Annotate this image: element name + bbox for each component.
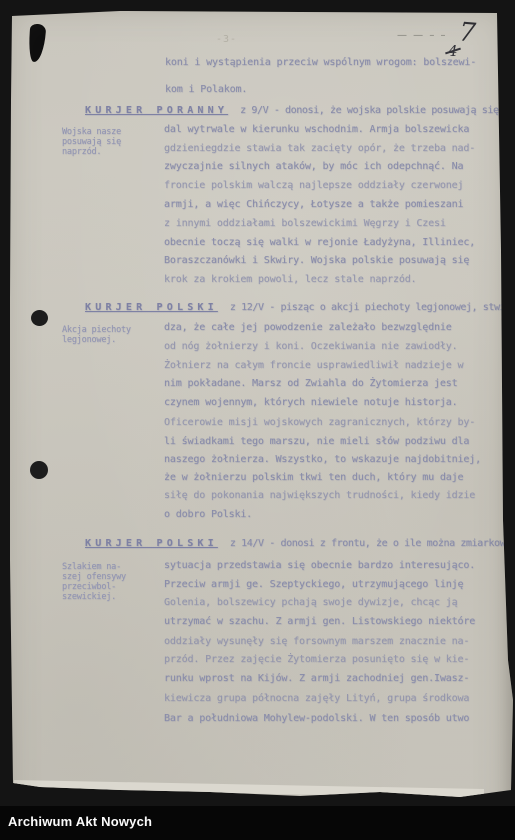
folio-dashes: — — – – bbox=[397, 30, 447, 41]
body-line: przód. Przez zajęcie Żytomierza posunięt… bbox=[164, 654, 469, 666]
body-line: froncie polskim walczą najlepsze oddział… bbox=[164, 180, 463, 192]
paper-sheet: -3- — — – – 7 4 koni i wystąpienia przec… bbox=[0, 0, 515, 840]
body-line: Bar a południowa Mohylew-podolski. W ten… bbox=[164, 713, 469, 725]
entry-headline: KURJER POLSKIz 12/V - pisząc o akcji pie… bbox=[85, 302, 515, 314]
body-line: Oficerowie misji wojskowych zagranicznyc… bbox=[164, 417, 475, 429]
body-line: krok za krokiem powoli, lecz stale naprz… bbox=[164, 274, 416, 286]
margin-note-line: Wojska nasze bbox=[62, 127, 121, 137]
body-line: zwyczajnie silnych ataków, by móc ich od… bbox=[164, 161, 463, 173]
margin-note-line: naprzód. bbox=[62, 147, 101, 157]
entry-headline-text: z 12/V - pisząc o akcji piechoty legjono… bbox=[230, 302, 515, 313]
body-line: Żołnierz na całym froncie usprawiedliwił… bbox=[164, 360, 463, 372]
continuation-line: kom i Polakom. bbox=[165, 84, 247, 96]
archive-name: Archiwum Akt Nowych bbox=[8, 814, 152, 829]
body-line: nim pokładane. Marsz od Zwiahla do Żytom… bbox=[164, 378, 458, 390]
body-line: dal wytrwale w kierunku wschodnim. Armja… bbox=[164, 124, 469, 136]
body-line: li świadkami tego marszu, nie mieli słów… bbox=[164, 436, 469, 448]
entry-headline: KURJER POLSKIz 14/V - donosi z frontu, ż… bbox=[85, 538, 515, 550]
entry-headline-text: z 14/V - donosi z frontu, że o ile można… bbox=[230, 538, 515, 549]
body-line: runku wprost na Kijów. Z armji zachodnie… bbox=[164, 673, 469, 685]
archive-watermark-bar: Archiwum Akt Nowych bbox=[0, 806, 515, 840]
body-line: siłę do pokonania największych trudności… bbox=[164, 490, 475, 502]
punch-hole bbox=[31, 310, 48, 326]
body-line: utrzymać w szachu. Z armji gen. Listowsk… bbox=[164, 616, 475, 628]
body-line: sytuacja przedstawia się obecnie bardzo … bbox=[164, 560, 475, 572]
entry-source: KURJER POLSKI bbox=[85, 302, 218, 313]
continuation-line: koni i wystąpienia przeciw wspólnym wrog… bbox=[165, 57, 476, 69]
body-line: Przeciw armji ge. Szeptyckiego, utrzymuj… bbox=[164, 579, 463, 591]
body-line: od nóg żołnierzy i koni. Oczekiwania nie… bbox=[164, 341, 458, 353]
entry-source: KURJER POLSKI bbox=[85, 538, 218, 549]
body-line: naszego żołnierza. Wszystko, to wskazuje… bbox=[164, 454, 481, 466]
handwritten-folio-number: 7 bbox=[458, 17, 477, 48]
ink-blot bbox=[28, 23, 47, 62]
body-line: Golenia, bolszewicy pchają swoje dywizje… bbox=[164, 597, 458, 609]
body-line: że w żołnierzu polskim tkwi ten duch, kt… bbox=[164, 472, 463, 484]
torn-bottom-edge bbox=[14, 780, 484, 798]
body-line: gdzieniegdzie stawia tak zacięty opór, ż… bbox=[164, 143, 475, 155]
punch-hole bbox=[30, 461, 48, 479]
margin-note-line: legjonowej. bbox=[62, 335, 116, 345]
body-line: oddziały wysunęły się forsownym marszem … bbox=[164, 636, 469, 648]
page-number: -3- bbox=[216, 34, 237, 45]
body-line: z innymi oddziałami bolszewickimi Węgrzy… bbox=[164, 218, 446, 230]
entry-source: KURJER PORANNY bbox=[85, 105, 228, 116]
document-scan: -3- — — – – 7 4 koni i wystąpienia przec… bbox=[0, 0, 515, 840]
margin-note-line: Szlakiem na- bbox=[62, 562, 121, 572]
body-line: kiewicza grupa północna zajęły Lityń, gr… bbox=[164, 693, 469, 705]
margin-note-line: posuwają się bbox=[62, 137, 121, 147]
body-line: dza, że całe jej powodzenie zależało bez… bbox=[164, 322, 452, 334]
body-line: Boraszczanówki i Skwiry. Wojska polskie … bbox=[164, 255, 469, 267]
margin-note-line: Akcja piechoty bbox=[62, 325, 131, 335]
body-line: armji, a więc Chińczycy, Łotysze a także… bbox=[164, 199, 463, 211]
margin-note-line: szej ofensywy bbox=[62, 572, 126, 582]
body-line: obecnie toczą się walki w rejonie Ładyży… bbox=[164, 237, 475, 249]
entry-headline: KURJER PORANNYz 9/V - donosi, że wojska … bbox=[85, 105, 515, 117]
margin-note-line: przeciwbol- bbox=[62, 582, 116, 592]
margin-note-line: szewickiej. bbox=[62, 592, 116, 602]
body-line: o dobro Polski. bbox=[164, 509, 252, 521]
body-line: czynem wojennym, których niewiele notuje… bbox=[164, 397, 458, 409]
entry-headline-text: z 9/V - donosi, że wojska polskie posuwa… bbox=[240, 105, 515, 116]
